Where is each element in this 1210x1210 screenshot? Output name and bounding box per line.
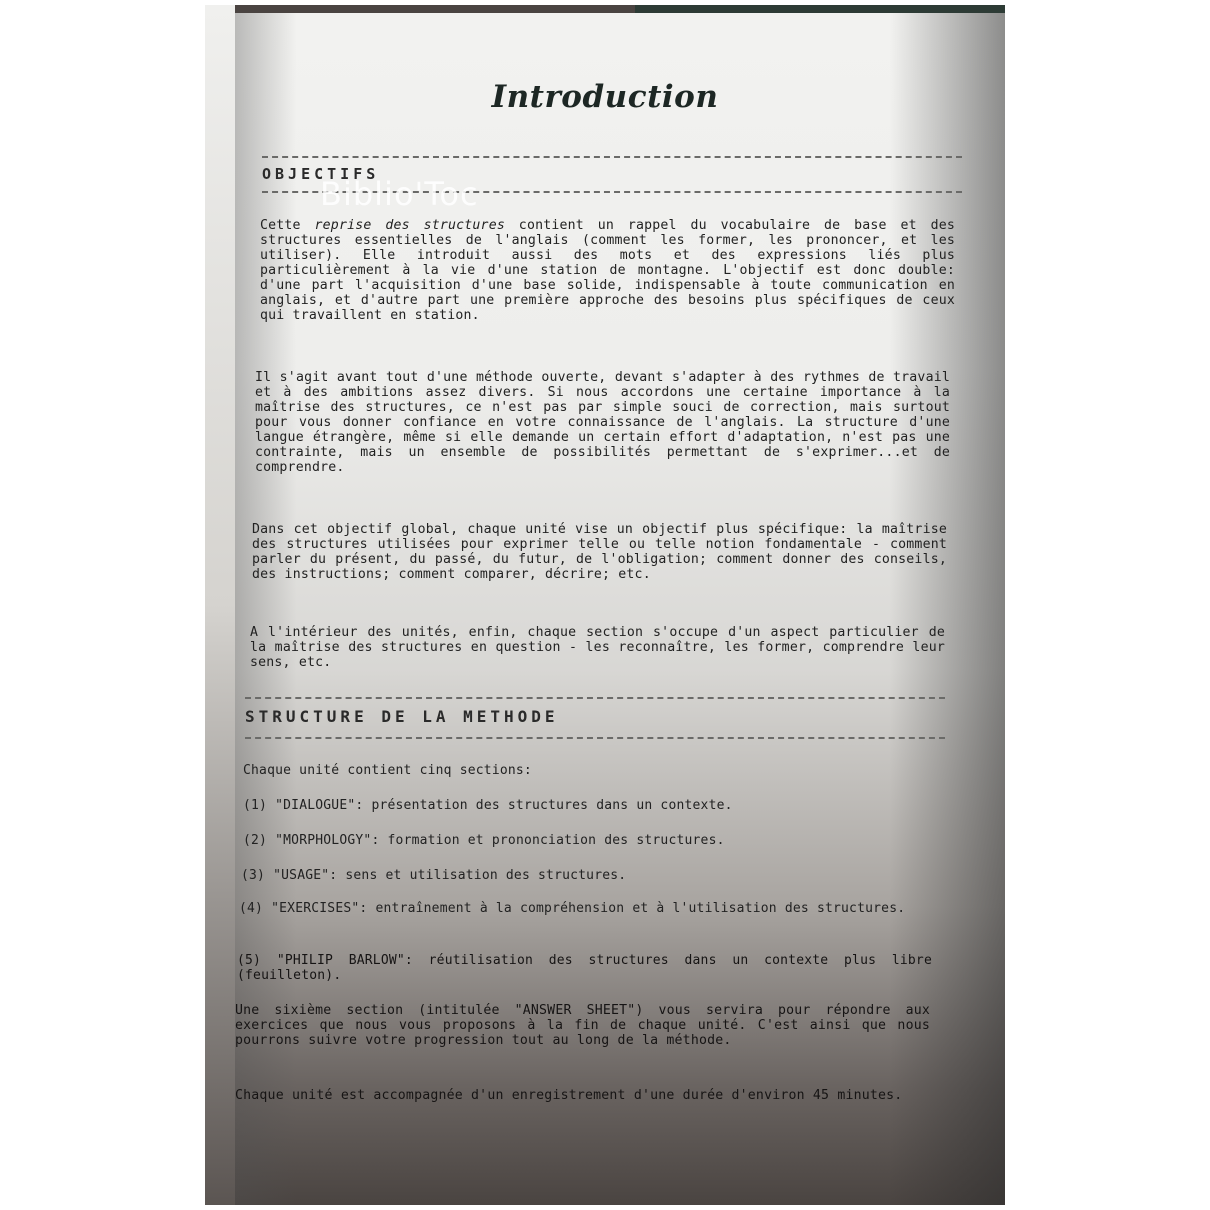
- item-name: "USAGE":: [273, 868, 337, 883]
- item-number: (2): [243, 833, 267, 848]
- item-number: (1): [243, 798, 267, 813]
- paragraph-text: contient un rappel du vocabulaire de bas…: [260, 218, 955, 323]
- list-item: (2) "MORPHOLOGY": formation et prononcia…: [243, 833, 943, 848]
- heading-rule-top: [245, 697, 945, 699]
- book-page: Introduction OBJECTIFS Biblio'Toc Cette …: [235, 13, 1005, 1205]
- paragraph-structure-2: Chaque unité est accompagnée d'un enregi…: [235, 1088, 930, 1103]
- item-text: sens et utilisation des structures.: [345, 868, 626, 883]
- item-number: (4): [239, 901, 263, 916]
- page-title: Introduction: [205, 79, 1005, 115]
- list-item: (5) "PHILIP BARLOW": réutilisation des s…: [237, 953, 932, 983]
- watermark-logo: Biblio'Toc: [320, 175, 479, 213]
- item-text: formation et prononciation des structure…: [388, 833, 725, 848]
- facing-page-edge: [205, 5, 235, 1205]
- paragraph-structure-1: Une sixième section (intitulée "ANSWER S…: [235, 1003, 930, 1048]
- item-text: présentation des structures dans un cont…: [371, 798, 732, 813]
- item-name: "EXERCISES":: [271, 901, 367, 916]
- item-name: "PHILIP BARLOW":: [277, 953, 413, 968]
- list-item: (1) "DIALOGUE": présentation des structu…: [243, 798, 943, 813]
- italic-phrase: reprise des structures: [315, 218, 505, 233]
- item-text: entraînement à la compréhension et à l'u…: [375, 901, 905, 916]
- paragraph-objectifs-4: A l'intérieur des unités, enfin, chaque …: [250, 625, 945, 670]
- paragraph-text: Cette: [260, 218, 315, 233]
- section-heading-structure: STRUCTURE DE LA METHODE: [245, 707, 559, 726]
- structure-intro: Chaque unité contient cinq sections:: [243, 763, 532, 778]
- item-name: "DIALOGUE":: [275, 798, 363, 813]
- list-item: (3) "USAGE": sens et utilisation des str…: [241, 868, 941, 883]
- list-item: (4) "EXERCISES": entraînement à la compr…: [239, 901, 934, 916]
- paragraph-objectifs-3: Dans cet objectif global, chaque unité v…: [252, 522, 947, 582]
- heading-rule-bottom: [245, 737, 945, 739]
- paragraph-objectifs-2: Il s'agit avant tout d'une méthode ouver…: [255, 370, 950, 475]
- item-number: (5): [237, 953, 261, 968]
- item-name: "MORPHOLOGY":: [275, 833, 379, 848]
- page-photo: Introduction OBJECTIFS Biblio'Toc Cette …: [205, 5, 1005, 1205]
- paragraph-objectifs-1: Cette reprise des structures contient un…: [260, 218, 955, 323]
- heading-rule-top: [262, 156, 962, 158]
- item-number: (3): [241, 868, 265, 883]
